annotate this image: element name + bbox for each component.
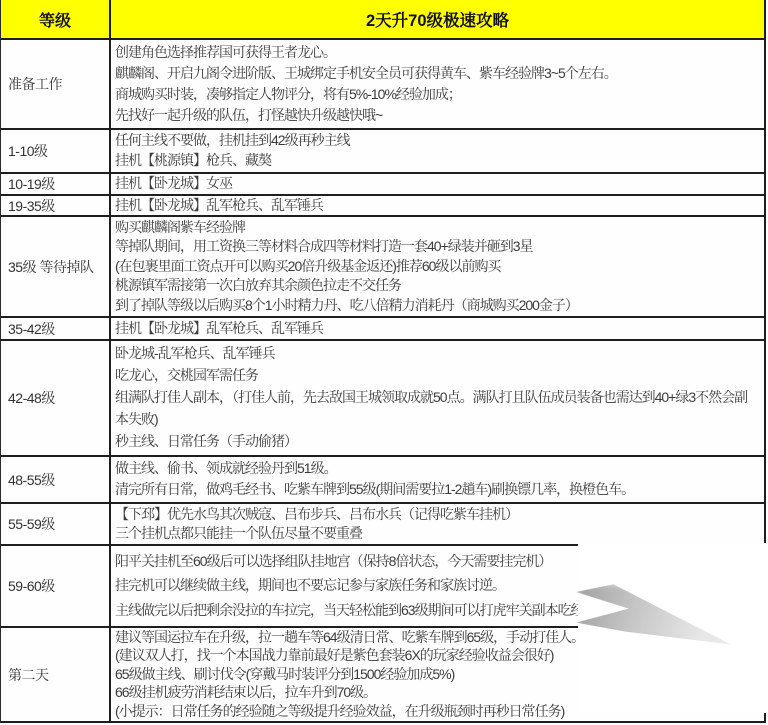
guide-line: 先找好一起升级的队伍，打怪越快升级越快哦~ — [115, 107, 764, 125]
guide-line: 购买麒麟阁紫车经验牌 — [115, 219, 764, 237]
table-row: 35级 等待掉队 购买麒麟阁紫车经验牌 等掉队期间，用工资换三等材料合成四等材料… — [1, 217, 764, 318]
guide-line: 吃龙心，交桃园军需任务 — [115, 367, 764, 385]
guide-cell: 创建角色选择推荐国可获得王者龙心。 麒麟阁、开启九阁令进阶版、王城绑定手机安全员… — [111, 40, 764, 128]
level-cell: 48-55级 — [1, 457, 111, 502]
level-cell: 42-48级 — [1, 341, 111, 455]
guide-cell: 购买麒麟阁紫车经验牌 等掉队期间，用工资换三等材料合成四等材料打造一套40+绿装… — [111, 217, 764, 316]
guide-line: 任何主线不要做，挂机挂到42级再秒主线 — [115, 132, 764, 150]
guide-cell: 【下邳】优先水鸟其次贼寇、吕布步兵、吕布水兵（记得吃紫车挂机） 三个挂机点都只能… — [111, 504, 764, 544]
guide-line: 秒主线、日常任务（手动偷猪） — [115, 433, 764, 451]
level-cell: 35-42级 — [1, 318, 111, 339]
guide-cell: 任何主线不要做，挂机挂到42级再秒主线 挂机【桃源镇】枪兵、藏獒 — [111, 130, 764, 172]
guide-cell: 挂机【卧龙城】女巫 — [111, 174, 764, 194]
guide-line: (在包裹里面工资点开可以购买20倍升级基金返还)推荐60级以前购买 — [115, 258, 764, 276]
table-header-row: 等级 2天升70级极速攻略 — [1, 0, 764, 40]
table-row: 42-48级 卧龙城-乱军枪兵、乱军锤兵 吃龙心，交桃园军需任务 组满队打佳人副… — [1, 341, 764, 457]
guide-line: 等掉队期间，用工资换三等材料合成四等材料打造一套40+绿装并砸到3星 — [115, 238, 764, 256]
guide-line: 三个挂机点都只能挂一个队伍尽量不要重叠 — [115, 525, 764, 543]
guide-line: 桃源镇军需接第一次白放弃其余颜色拉走不交任务 — [115, 277, 764, 295]
level-cell: 第二天 — [1, 628, 111, 721]
guide-line: 挂机【卧龙城】乱军枪兵、乱军锤兵 — [115, 320, 764, 338]
guide-line: 挂机【桃源镇】枪兵、藏獒 — [115, 152, 764, 170]
guide-line: 【下邳】优先水鸟其次贼寇、吕布步兵、吕布水兵（记得吃紫车挂机） — [115, 506, 764, 524]
guide-cell: 卧龙城-乱军枪兵、乱军锤兵 吃龙心，交桃园军需任务 组满队打佳人副本，（打佳人前… — [111, 341, 764, 455]
guide-cell: 挂机【卧龙城】乱军枪兵、乱军锤兵 — [111, 196, 764, 215]
guide-line: 挂机【卧龙城】女巫 — [115, 175, 764, 193]
table-row: 准备工作 创建角色选择推荐国可获得王者龙心。 麒麟阁、开启九阁令进阶版、王城绑定… — [1, 40, 764, 130]
guide-line: 组满队打佳人副本，（打佳人前，先去敌国王城领取成就50点。满队打且队伍成员装备也… — [115, 389, 764, 407]
guide-cell: 挂机【卧龙城】乱军枪兵、乱军锤兵 — [111, 318, 764, 339]
level-cell: 1-10级 — [1, 130, 111, 172]
guide-line: 本失败) — [115, 411, 764, 429]
level-cell: 59-60级 — [1, 546, 111, 626]
level-cell: 准备工作 — [1, 40, 111, 128]
header-title-cell: 2天升70级极速攻略 — [111, 0, 764, 38]
level-cell: 10-19级 — [1, 174, 111, 194]
guide-screenshot: 等级 2天升70级极速攻略 准备工作 创建角色选择推荐国可获得王者龙心。 麒麟阁… — [0, 0, 768, 725]
guide-line: 卧龙城-乱军枪兵、乱军锤兵 — [115, 345, 764, 363]
table-row: 48-55级 做主线、偷书、领成就经验丹到51级。 清完所有日常，做鸡毛经书、吃… — [1, 457, 764, 504]
level-cell: 35级 等待掉队 — [1, 217, 111, 316]
level-cell: 55-59级 — [1, 504, 111, 544]
table-row: 35-42级 挂机【卧龙城】乱军枪兵、乱军锤兵 — [1, 318, 764, 341]
table-row: 1-10级 任何主线不要做，挂机挂到42级再秒主线 挂机【桃源镇】枪兵、藏獒 — [1, 130, 764, 174]
guide-cell: 做主线、偷书、领成就经验丹到51级。 清完所有日常，做鸡毛经书、吃紫车牌到55级… — [111, 457, 764, 502]
guide-line: 清完所有日常，做鸡毛经书、吃紫车牌到55级(期间需要拉1-2趟车)刷换镖几率，换… — [115, 481, 764, 499]
level-cell: 19-35级 — [1, 196, 111, 215]
table-row: 19-35级 挂机【卧龙城】乱军枪兵、乱军锤兵 — [1, 196, 764, 217]
guide-line: 商城购买时装，凑够指定人物评分，将有5%-10%经验加成； — [115, 86, 764, 104]
guide-line: 挂机【卧龙城】乱军枪兵、乱军锤兵 — [115, 197, 764, 215]
table-row: 10-19级 挂机【卧龙城】女巫 — [1, 174, 764, 196]
header-level-cell: 等级 — [1, 0, 111, 38]
guide-line: 麒麟阁、开启九阁令进阶版、王城绑定手机安全员可获得黄车、紫车经验牌3~5个左右。 — [115, 65, 764, 83]
table-row: 55-59级 【下邳】优先水鸟其次贼寇、吕布步兵、吕布水兵（记得吃紫车挂机） 三… — [1, 504, 764, 546]
guide-line: 到了掉队等级以后购买8个1小时精力丹、吃八倍精力消耗丹（商城购买200金子） — [115, 297, 764, 315]
guide-line: 创建角色选择推荐国可获得王者龙心。 — [115, 44, 764, 62]
guide-line: 做主线、偷书、领成就经验丹到51级。 — [115, 460, 764, 478]
